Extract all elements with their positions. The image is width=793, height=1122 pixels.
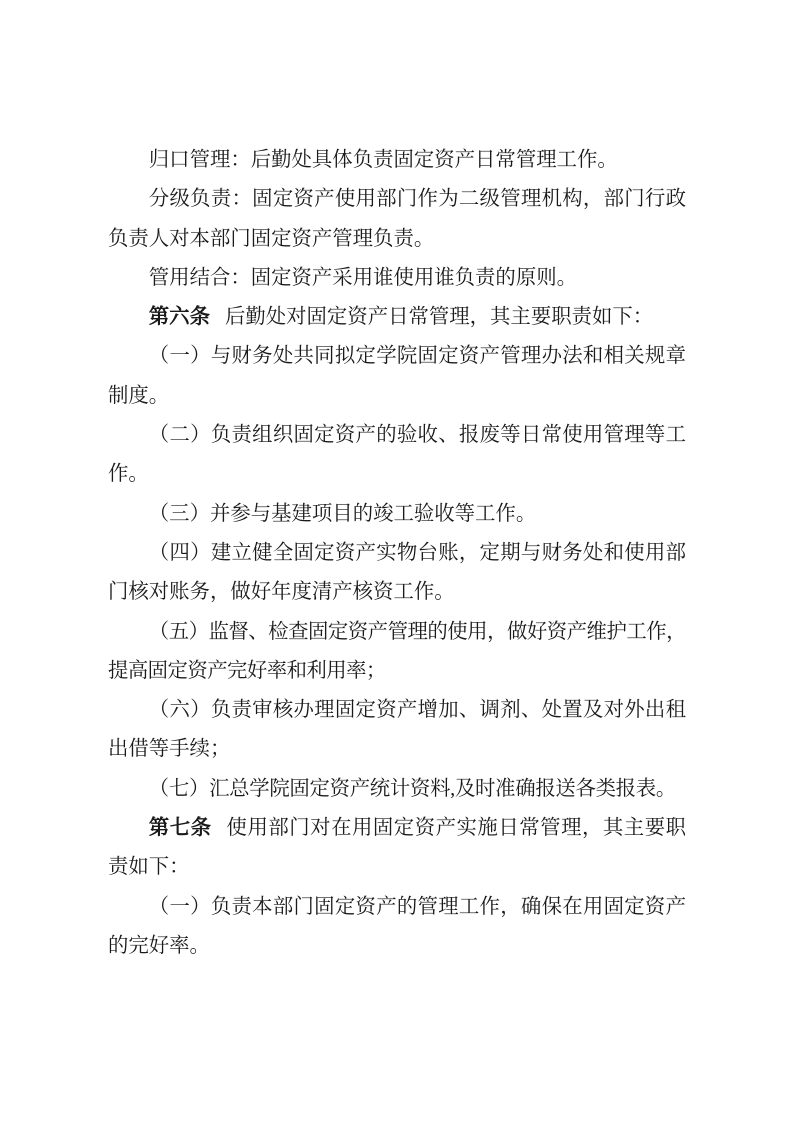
paragraph: 归口管理：后勤处具体负责固定资产日常管理工作。 [108, 141, 686, 180]
paragraph-text: （三）并参与基建项目的竣工验收等工作。 [149, 503, 536, 525]
paragraph: （四）建立健全固定资产实物台账，定期与财务处和使用部门核对账务，做好年度清产核资… [108, 534, 686, 613]
paragraph: 分级负责：固定资产使用部门作为二级管理机构，部门行政负责人对本部门固定资产管理负… [108, 180, 686, 259]
paragraph-text: 归口管理：后勤处具体负责固定资产日常管理工作。 [149, 149, 618, 171]
paragraph: 管用结合：固定资产采用谁使用谁负责的原则。 [108, 259, 686, 298]
document-page: 归口管理：后勤处具体负责固定资产日常管理工作。分级负责：固定资产使用部门作为二级… [0, 0, 793, 1122]
article-paragraph: 第六条后勤处对固定资产日常管理，其主要职责如下： [108, 298, 686, 337]
article-number: 第七条 [149, 817, 212, 839]
paragraph: （三）并参与基建项目的竣工验收等工作。 [108, 495, 686, 534]
paragraph-text: （二）负责组织固定资产的验收、报废等日常使用管理等工作。 [108, 424, 686, 485]
paragraph: （五）监督、检查固定资产管理的使用，做好资产维护工作，提高固定资产完好率和利用率… [108, 613, 686, 692]
paragraph: （一）与财务处共同拟定学院固定资产管理办法和相关规章制度。 [108, 337, 686, 416]
article-paragraph: 第七条使用部门对在用固定资产实施日常管理，其主要职责如下： [108, 809, 686, 888]
paragraph: （七）汇总学院固定资产统计资料,及时准确报送各类报表。 [108, 770, 686, 809]
paragraph-text: （七）汇总学院固定资产统计资料,及时准确报送各类报表。 [149, 778, 676, 800]
paragraph-text: （一）负责本部门固定资产的管理工作，确保在用固定资产的完好率。 [108, 896, 686, 957]
paragraph-text: 后勤处对固定资产日常管理，其主要职责如下： [225, 306, 653, 328]
paragraph: （一）负责本部门固定资产的管理工作，确保在用固定资产的完好率。 [108, 888, 686, 967]
paragraph-text: （一）与财务处共同拟定学院固定资产管理办法和相关规章制度。 [108, 345, 686, 406]
paragraph: （二）负责组织固定资产的验收、报废等日常使用管理等工作。 [108, 416, 686, 495]
paragraph: （六）负责审核办理固定资产增加、调剂、处置及对外出租出借等手续； [108, 691, 686, 770]
document-body: 归口管理：后勤处具体负责固定资产日常管理工作。分级负责：固定资产使用部门作为二级… [108, 141, 686, 966]
article-number: 第六条 [149, 306, 210, 328]
paragraph-text: 分级负责：固定资产使用部门作为二级管理机构，部门行政负责人对本部门固定资产管理负… [108, 188, 686, 249]
paragraph-text: （五）监督、检查固定资产管理的使用，做好资产维护工作，提高固定资产完好率和利用率… [108, 621, 686, 682]
paragraph-text: 管用结合：固定资产采用谁使用谁负责的原则。 [149, 267, 577, 289]
paragraph-text: （六）负责审核办理固定资产增加、调剂、处置及对外出租出借等手续； [108, 699, 686, 760]
paragraph-text: （四）建立健全固定资产实物台账，定期与财务处和使用部门核对账务，做好年度清产核资… [108, 542, 686, 603]
